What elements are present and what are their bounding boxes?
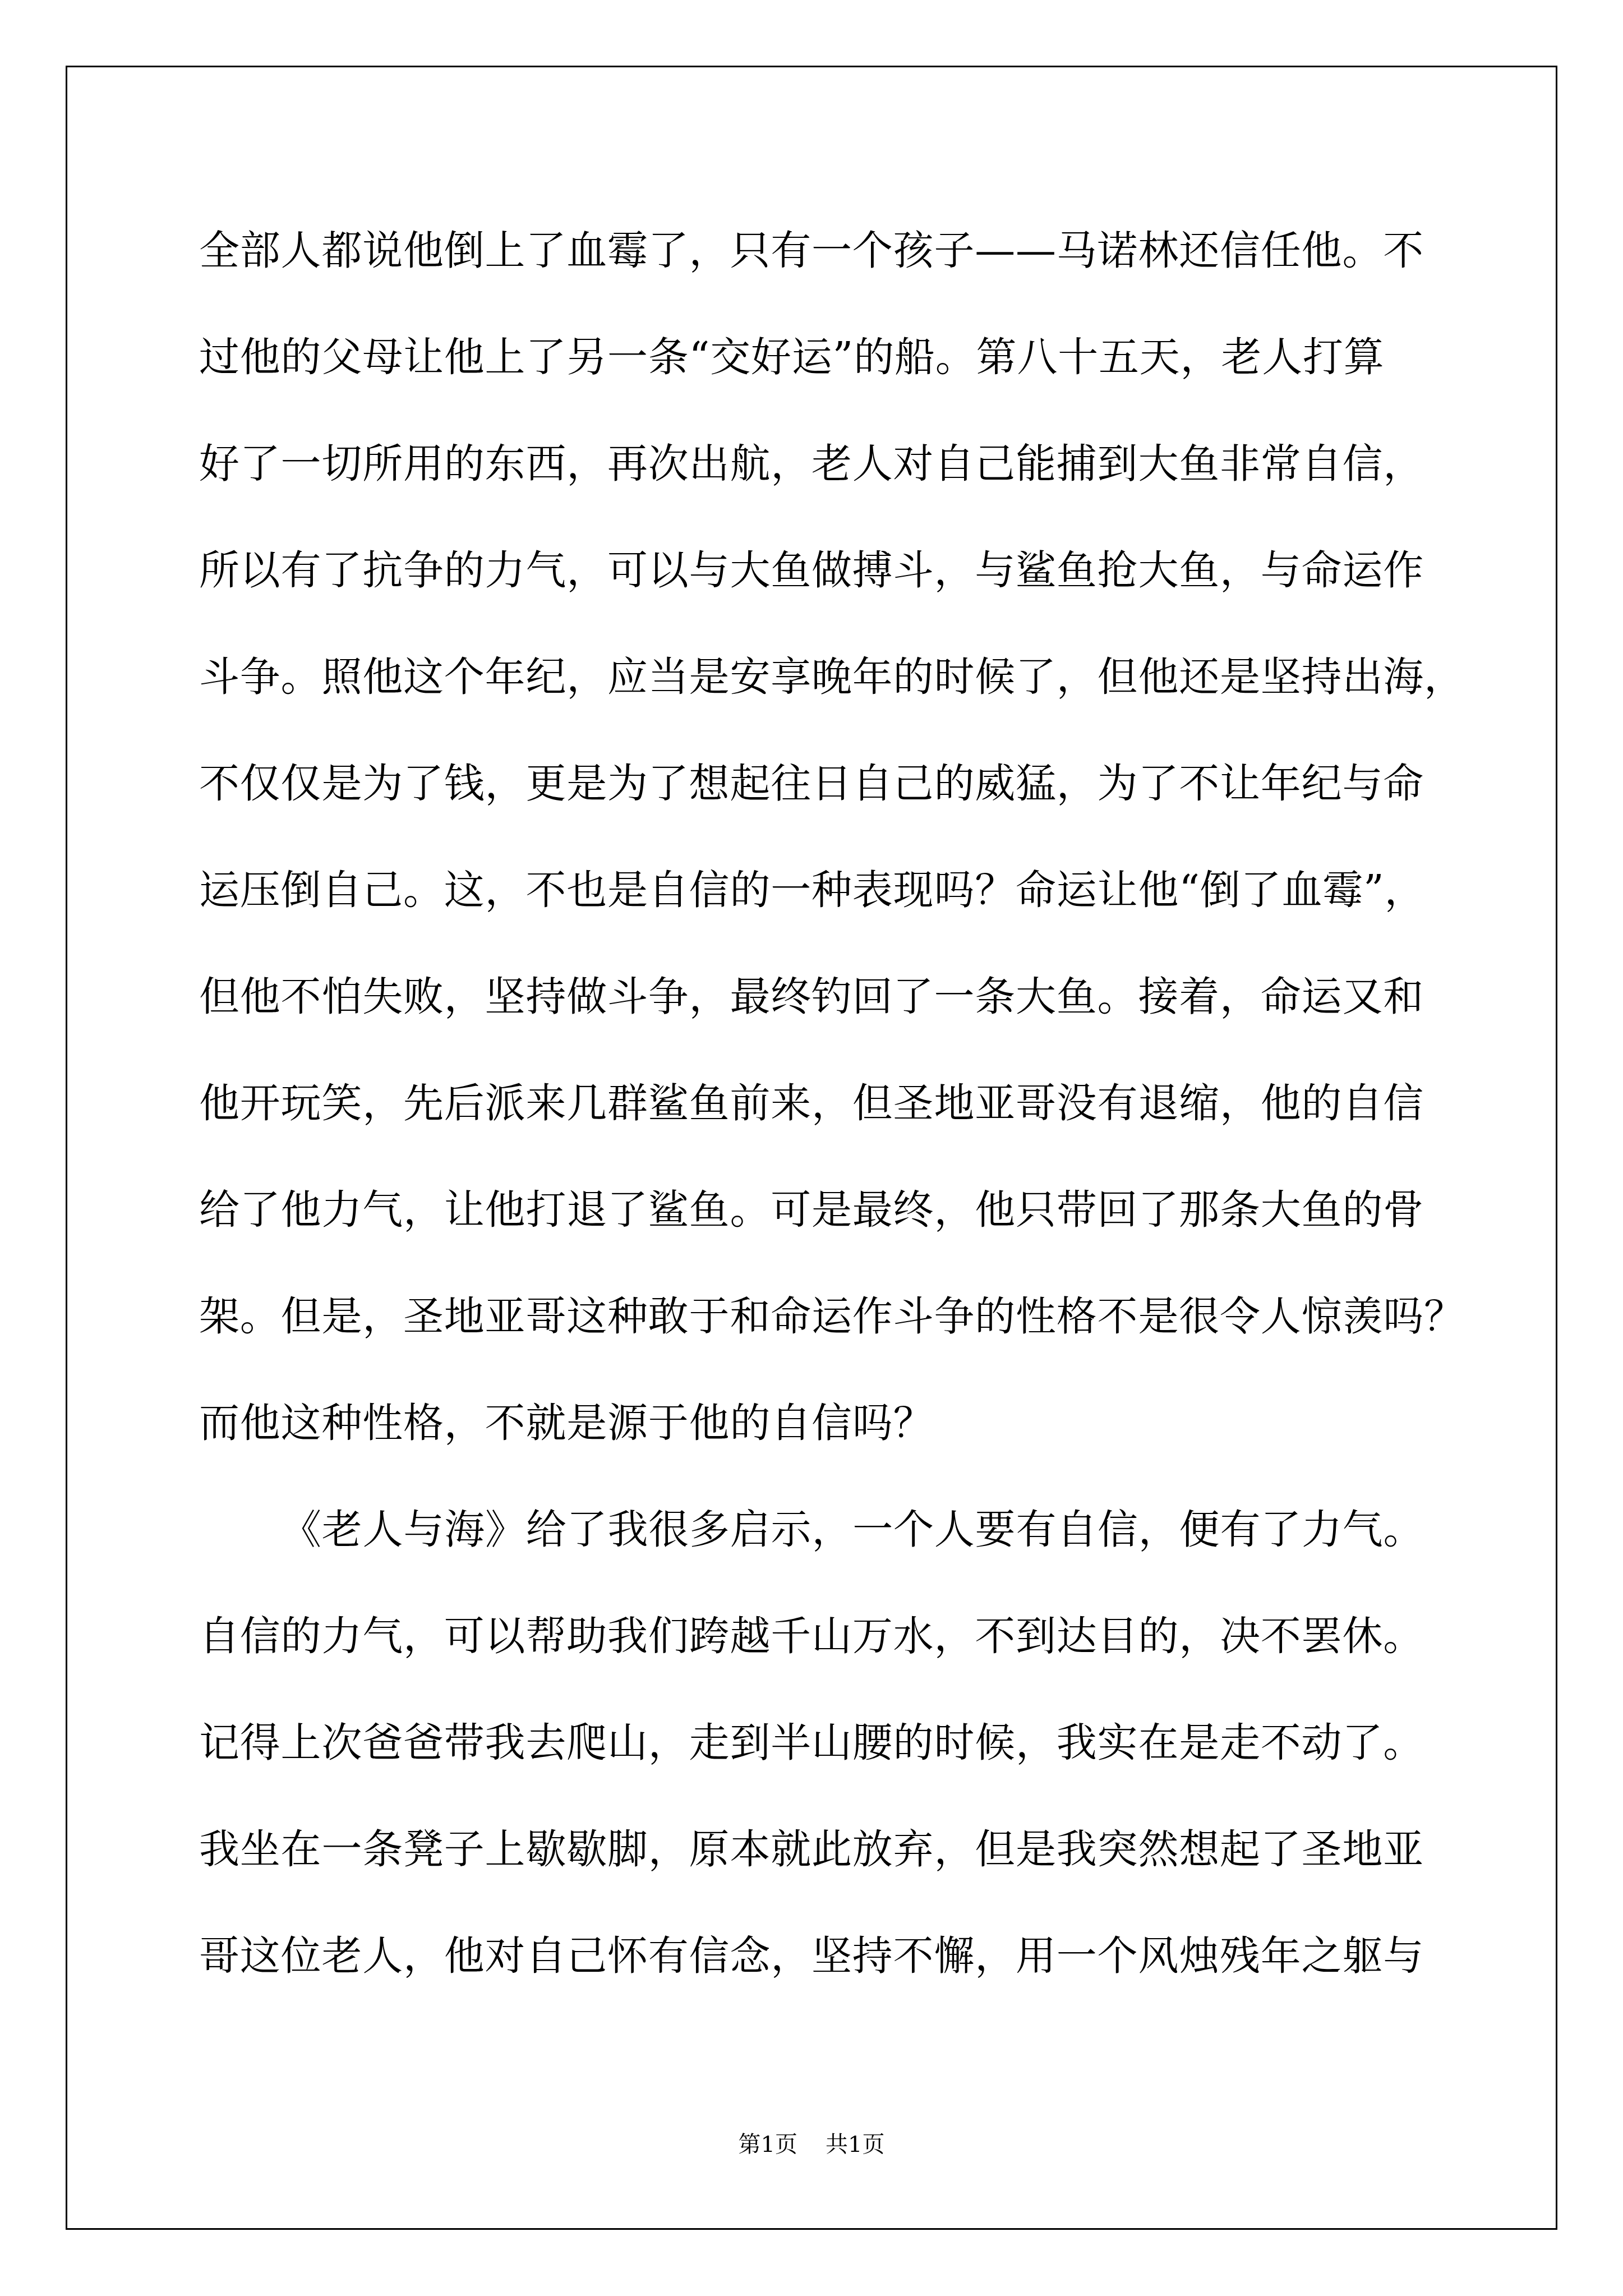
text-line: 但他不怕失败，坚持做斗争，最终钓回了一条大鱼。接着，命运又和	[199, 943, 1427, 1050]
text-line: 哥这位老人，他对自己怀有信念，坚持不懈，用一个风烛残年之躯与	[199, 1902, 1427, 2009]
text-line: 架。但是，圣地亚哥这种敢于和命运作斗争的性格不是很令人惊羡吗？	[199, 1263, 1427, 1369]
text-line: 不仅仅是为了钱，更是为了想起往日自己的威猛，为了不让年纪与命	[199, 730, 1427, 836]
page-footer: 第1页共1页	[0, 2131, 1623, 2159]
text-line: 过他的父母让他上了另一条“交好运”的船。第八十五天，老人打算	[199, 303, 1427, 410]
paragraph-1: 全部人都说他倒上了血霉了，只有一个孩子——马诺林还信任他。不 过他的父母让他上了…	[199, 197, 1427, 1476]
text-line-indented: 《老人与海》给了我很多启示，一个人要有自信，便有了力气。	[199, 1476, 1427, 1582]
current-page-label: 第1页	[739, 2131, 797, 2159]
paragraph-2: 《老人与海》给了我很多启示，一个人要有自信，便有了力气。 自信的力气，可以帮助我…	[199, 1476, 1427, 2009]
text-line: 我坐在一条凳子上歇歇脚，原本就此放弃，但是我突然想起了圣地亚	[199, 1796, 1427, 1902]
text-line: 自信的力气，可以帮助我们跨越千山万水，不到达目的，决不罢休。	[199, 1582, 1427, 1689]
text-line: 斗争。照他这个年纪，应当是安享晚年的时候了，但他还是坚持出海，	[199, 623, 1427, 730]
text-line: 所以有了抗争的力气，可以与大鱼做搏斗，与鲨鱼抢大鱼，与命运作	[199, 517, 1427, 623]
text-line: 好了一切所用的东西，再次出航，老人对自己能捕到大鱼非常自信，	[199, 410, 1427, 517]
text-line: 运压倒自己。这，不也是自信的一种表现吗？命运让他“倒了血霉”，	[199, 836, 1427, 943]
text-line: 给了他力气，让他打退了鲨鱼。可是最终，他只带回了那条大鱼的骨	[199, 1156, 1427, 1263]
text-line: 他开玩笑，先后派来几群鲨鱼前来，但圣地亚哥没有退缩，他的自信	[199, 1050, 1427, 1156]
text-line: 记得上次爸爸带我去爬山，走到半山腰的时候，我实在是走不动了。	[199, 1689, 1427, 1796]
document-body: 全部人都说他倒上了血霉了，只有一个孩子——马诺林还信任他。不 过他的父母让他上了…	[199, 197, 1427, 2009]
text-line: 全部人都说他倒上了血霉了，只有一个孩子——马诺林还信任他。不	[199, 197, 1427, 303]
total-pages-label: 共1页	[826, 2131, 884, 2159]
text-line: 而他这种性格，不就是源于他的自信吗？	[199, 1369, 1427, 1476]
